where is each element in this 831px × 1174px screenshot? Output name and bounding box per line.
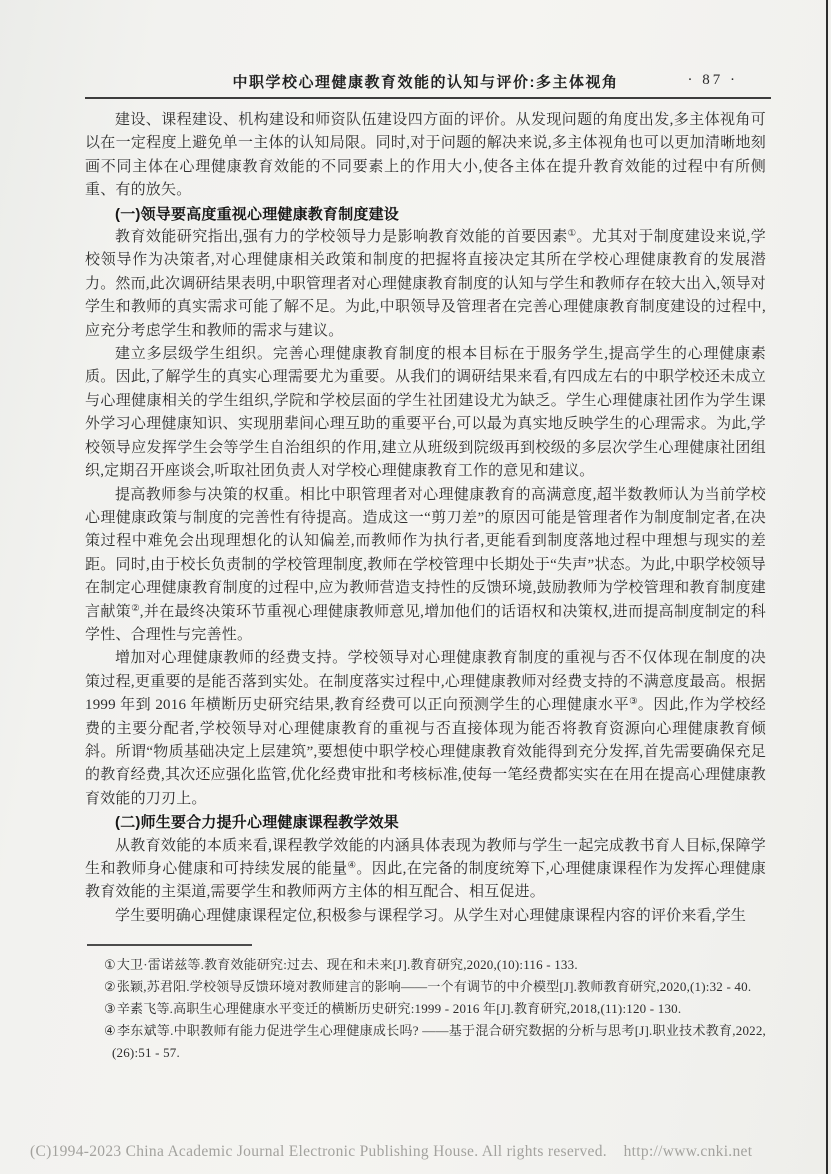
footnote-item: ③辛素飞等.高职生心理健康水平变迁的横断历史研究:1999 - 2016 年[J…: [104, 998, 766, 1020]
section-heading: (二)师生要合力提升心理健康课程教学效果: [85, 811, 766, 834]
scan-edge-line: [826, 0, 828, 1174]
body-paragraph: 教育效能研究指出,强有力的学校领导力是影响教育效能的首要因素①。尤其对于制度建设…: [85, 226, 766, 343]
footnote-reference: ③: [629, 697, 638, 707]
header-rule: [85, 97, 771, 99]
page-number: · 87 ·: [688, 72, 739, 89]
footnote-reference: ②: [131, 604, 140, 614]
scanned-page: 中职学校心理健康教育效能的认知与评价:多主体视角 · 87 · 建设、课程建设、…: [0, 0, 831, 1174]
article-body: 建设、课程建设、机构建设和师资队伍建设四方面的评价。从发现问题的角度出发,多主体…: [85, 109, 766, 928]
body-paragraph: 提高教师参与决策的权重。相比中职管理者对心理健康教育的高满意度,超半数教师认为当…: [85, 484, 766, 648]
body-paragraph: 建立多层级学生组织。完善心理健康教育制度的根本目标在于服务学生,提高学生的心理健…: [85, 343, 766, 483]
footnote-divider: [87, 944, 252, 946]
footnote-text: 辛素飞等.高职生心理健康水平变迁的横断历史研究:1999 - 2016 年[J]…: [117, 1001, 681, 1016]
copyright-notice: (C)1994-2023 China Academic Journal Elec…: [30, 1143, 820, 1161]
footnote-item: ②张颖,苏君阳.学校领导反馈环境对教师建言的影响——一个有调节的中介模型[J].…: [104, 976, 766, 998]
footnote-item: ①大卫·雷诺兹等.教育效能研究:过去、现在和未来[J].教育研究,2020,(1…: [104, 954, 766, 976]
footnote-text: 李东斌等.中职教师有能力促进学生心理健康成长吗? ——基于混合研究数据的分析与思…: [112, 1023, 766, 1060]
footnote-marker: ③: [104, 1001, 116, 1016]
footnote-text: 张颖,苏君阳.学校领导反馈环境对教师建言的影响——一个有调节的中介模型[J].教…: [117, 979, 751, 994]
page-header: 中职学校心理健康教育效能的认知与评价:多主体视角 · 87 ·: [85, 71, 766, 93]
body-paragraph: 从教育效能的本质来看,课程教学效能的内涵具体表现为教师与学生一起完成教书育人目标…: [85, 835, 766, 905]
footnote-marker: ②: [104, 979, 116, 994]
body-paragraph: 建设、课程建设、机构建设和师资队伍建设四方面的评价。从发现问题的角度出发,多主体…: [85, 109, 766, 203]
scan-content: 中职学校心理健康教育效能的认知与评价:多主体视角 · 87 · 建设、课程建设、…: [0, 0, 831, 1174]
footnote-marker: ①: [104, 957, 116, 972]
footnote-reference: ④: [348, 861, 357, 871]
body-paragraph: 学生要明确心理健康课程定位,积极参与课程学习。从学生对心理健康课程内容的评价来看…: [85, 905, 766, 928]
footnote-reference: ①: [568, 229, 577, 239]
body-paragraph: 增加对心理健康教师的经费支持。学校领导对心理健康教育制度的重视与否不仅体现在制度…: [85, 647, 766, 811]
footnote-marker: ④: [104, 1023, 116, 1038]
footnote-text: 大卫·雷诺兹等.教育效能研究:过去、现在和未来[J].教育研究,2020,(10…: [117, 957, 578, 972]
running-title: 中职学校心理健康教育效能的认知与评价:多主体视角: [85, 71, 766, 92]
section-heading: (一)领导要高度重视心理健康教育制度建设: [85, 203, 766, 226]
footnote-item: ④李东斌等.中职教师有能力促进学生心理健康成长吗? ——基于混合研究数据的分析与…: [104, 1020, 766, 1064]
footnote-section: ①大卫·雷诺兹等.教育效能研究:过去、现在和未来[J].教育研究,2020,(1…: [104, 954, 766, 1064]
